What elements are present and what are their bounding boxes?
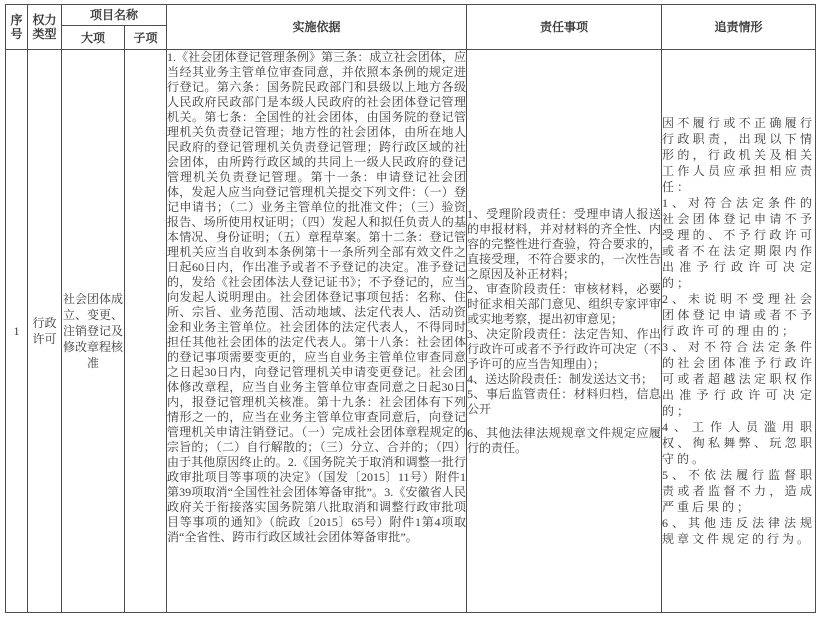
header-project-name: 项目名称 (62, 5, 167, 26)
responsibility-item: 5、事后监管责任：材料归档，信息公开 (467, 387, 661, 417)
accountability-item: 2、未说明不受理社会团体登记申请或者不予行政许可的理由的； (662, 291, 815, 339)
accountability-item: 6、其他违反法律法规规章文件规定的行为。 (662, 515, 815, 547)
header-major-item: 大项 (62, 26, 125, 50)
cell-power-type: 行政许可 (28, 50, 62, 613)
header-basis: 实施依据 (167, 5, 467, 50)
accountability-intro: 因不履行或不正确履行行政职责，出现以下情形的，行政机关及相关工作人员应承担相应责… (662, 115, 815, 195)
responsibility-item: 1、受理阶段责任：受理申请人报送的申报材料，并对材料的齐全性、内容的完整性进行查… (467, 207, 661, 282)
cell-accountability: 因不履行或不正确履行行政职责，出现以下情形的，行政机关及相关工作人员应承担相应责… (662, 50, 816, 613)
responsibility-item: 4、送达阶段责任：制发送达文书； (467, 372, 661, 387)
responsibility-item: 2、审查阶段责任：审核材料，必要时征求相关部门意见、组织专家评审或实地考察，提出… (467, 282, 661, 327)
header-accountability: 追责情形 (662, 5, 816, 50)
header-responsibility: 责任事项 (467, 5, 662, 50)
table-row: 1 行政许可 社会团体成立、变更、注销登记及修改章程核准 1.《社会团体登记管理… (6, 50, 816, 613)
basis-text: 1.《社会团体登记管理条例》第三条：成立社会团体，应当经其业务主管单位审查同意，… (167, 50, 466, 545)
power-list-table: 序号 权力类型 项目名称 实施依据 责任事项 追责情形 大项 子项 1 行政许可… (5, 4, 816, 613)
cell-basis: 1.《社会团体登记管理条例》第三条：成立社会团体，应当经其业务主管单位审查同意，… (167, 50, 467, 613)
accountability-item: 1、对符合法定条件的社会团体登记申请不予受理的、不予行政许可或者不在法定期限内作… (662, 195, 815, 291)
accountability-item: 4、工作人员滥用职权、徇私舞弊、玩忽职守的。 (662, 419, 815, 467)
cell-major-item: 社会团体成立、变更、注销登记及修改章程核准 (62, 50, 125, 613)
cell-responsibility: 1、受理阶段责任：受理申请人报送的申报材料，并对材料的齐全性、内容的完整性进行查… (467, 50, 662, 613)
accountability-item: 5、不依法履行监督职责或者监督不力，造成严重后果的； (662, 467, 815, 515)
cell-seq: 1 (6, 50, 28, 613)
responsibility-item: 3、决定阶段责任：法定告知、作出行政许可或者不予行政许可决定（不予许可的应当告知… (467, 327, 661, 372)
responsibility-item: 6、其他法律法规规章文件规定应履行的责任。 (467, 426, 661, 456)
header-seq: 序号 (6, 5, 28, 50)
header-power-type: 权力类型 (28, 5, 62, 50)
header-sub-item: 子项 (125, 26, 167, 50)
cell-sub-item (125, 50, 167, 613)
accountability-item: 3、对不符合法定条件的社会团体准予行政许可或者超越法定职权作出准予行政许可决定的… (662, 339, 815, 419)
